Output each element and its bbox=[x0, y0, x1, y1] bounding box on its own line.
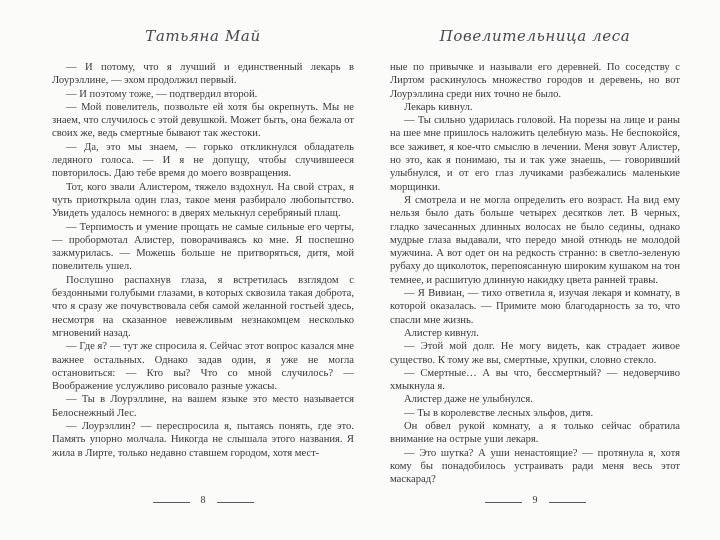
paragraph: — Ты в Лоурэллине, на вашем языке это ме… bbox=[52, 393, 354, 420]
paragraph: — Это шутка? А уши ненастоящие? — протян… bbox=[390, 447, 680, 487]
paragraph: Послушно распахнув глаза, я встретилась … bbox=[52, 274, 354, 340]
left-page-number: 8 bbox=[201, 496, 206, 506]
paragraph: Алистер кивнул. bbox=[390, 327, 680, 340]
paragraph: — Да, это мы знаем, — горько откликнулся… bbox=[52, 141, 354, 181]
book-spread: { "colors": { "paper": "#fbfbfa", "ink":… bbox=[0, 0, 720, 540]
paragraph: — Лоурэллин? — переспросила я, пытаясь п… bbox=[52, 420, 354, 460]
paragraph: Лекарь кивнул. bbox=[390, 101, 680, 114]
paragraph: Он обвел рукой комнату, а я только сейча… bbox=[390, 420, 680, 447]
left-running-header: Татьяна Май bbox=[52, 27, 354, 45]
right-page-number: 9 bbox=[533, 496, 538, 506]
left-page-footer: 8 bbox=[52, 497, 354, 507]
left-page: Татьяна Май — И потому, что я лучший и е… bbox=[52, 0, 354, 540]
paragraph: Алистер даже не улыбнулся. bbox=[390, 393, 680, 406]
paragraph: Тот, кого звали Алистером, тяжело вздохн… bbox=[52, 181, 354, 221]
paragraph: — Этой мой долг. Не могу видеть, как стр… bbox=[390, 340, 680, 367]
right-page: Повелительница леса ные по привычке и на… bbox=[390, 0, 680, 540]
paragraph: — Ты в королевстве лесных эльфов, дитя. bbox=[390, 407, 680, 420]
paragraph: Я смотрела и не могла определить его воз… bbox=[390, 194, 680, 287]
footer-rule-right bbox=[217, 502, 254, 503]
right-page-body: ные по привычке и называли его деревней.… bbox=[390, 61, 680, 487]
paragraph: — Я Вивиан, — тихо ответила я, изучая ле… bbox=[390, 287, 680, 327]
left-page-body: — И потому, что я лучший и единственный … bbox=[52, 61, 354, 460]
paragraph: — Ты сильно ударилась головой. На порезы… bbox=[390, 114, 680, 194]
footer-rule-right bbox=[549, 502, 586, 503]
paragraph: — И поэтому тоже, — подтвердил второй. bbox=[52, 88, 354, 101]
right-running-header: Повелительница леса bbox=[390, 27, 680, 45]
paragraph: — Терпимость и умение прощать не самые с… bbox=[52, 221, 354, 274]
paragraph: ные по привычке и называли его деревней.… bbox=[390, 61, 680, 101]
footer-rule-left bbox=[153, 502, 190, 503]
paragraph: — Смертные… А вы что, бессмертный? — нед… bbox=[390, 367, 680, 394]
right-page-footer: 9 bbox=[390, 497, 680, 507]
paragraph: — Мой повелитель, позвольте ей хотя бы о… bbox=[52, 101, 354, 141]
paragraph: — Где я? — тут же спросила я. Сейчас это… bbox=[52, 340, 354, 393]
paragraph: — И потому, что я лучший и единственный … bbox=[52, 61, 354, 88]
footer-rule-left bbox=[485, 502, 522, 503]
